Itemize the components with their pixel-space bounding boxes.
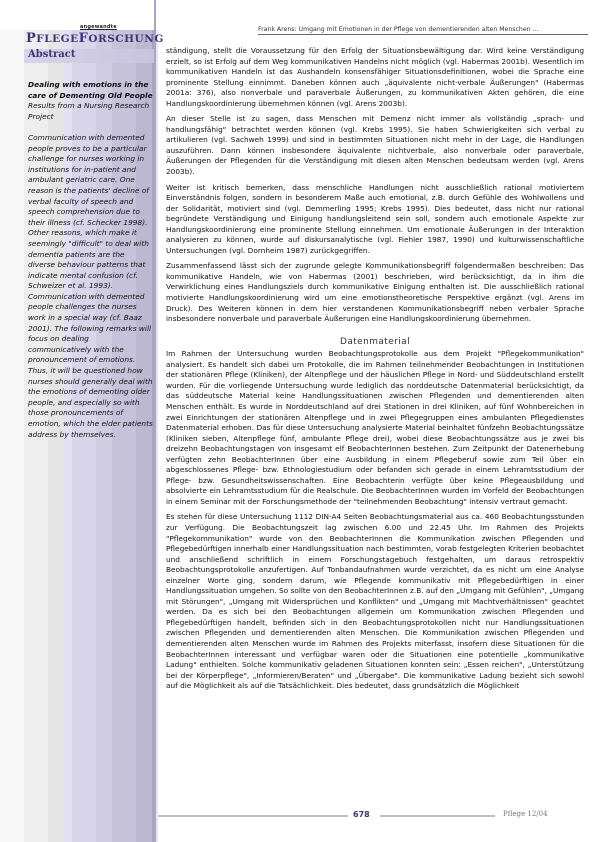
logo-subtitle: angewandte — [80, 24, 117, 30]
running-head: Frank Arens: Umgang mit Emotionen in der… — [258, 26, 588, 35]
paragraph: Weiter ist kritisch bemerken, dass mensc… — [166, 183, 584, 257]
abstract-subtitle: Results from a Nursing Research Project — [28, 101, 154, 122]
footer-rule-right — [380, 815, 495, 817]
paragraph: ständigung, stellt die Voraussetzung für… — [166, 46, 584, 109]
section-heading: Datenmaterial — [166, 337, 584, 348]
sidebar-edge — [154, 0, 156, 842]
abstract-heading: Abstract — [28, 49, 75, 60]
paragraph: An dieser Stelle ist zu sagen, dass Mens… — [166, 114, 584, 177]
logo-title: PFLEGEFORSCHUNG — [26, 31, 164, 46]
page-number: 678 — [353, 810, 370, 819]
main-text: ständigung, stellt die Voraussetzung für… — [166, 46, 584, 697]
paragraph: Es stehen für diese Untersuchung 1112 DI… — [166, 512, 584, 691]
journal-reference: Pflege 12/04 — [503, 810, 548, 818]
paragraph: Im Rahmen der Untersuchung wurden Beobac… — [166, 349, 584, 507]
abstract-title: Dealing with emotions in the care of Dem… — [28, 80, 154, 101]
journal-logo: angewandte PFLEGEFORSCHUNG — [26, 24, 166, 48]
abstract-body: Dealing with emotions in the care of Dem… — [28, 80, 154, 440]
abstract-text: Communication with demented people prove… — [28, 133, 154, 440]
paragraph: Zusammenfassend lässt sich der zugrunde … — [166, 261, 584, 324]
footer-rule-left — [158, 815, 348, 817]
